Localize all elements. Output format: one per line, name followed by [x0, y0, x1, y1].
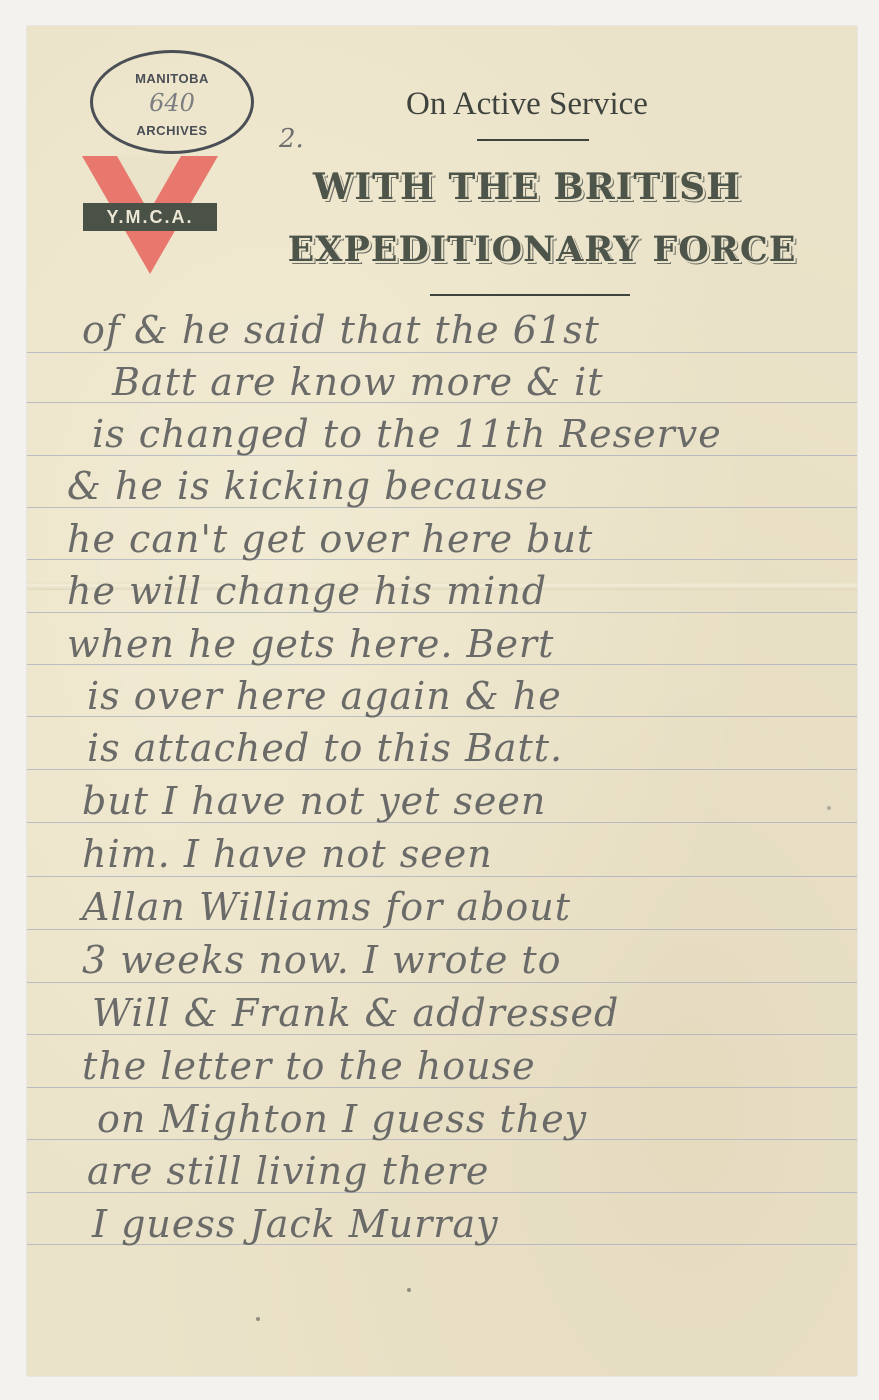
letterhead-divider	[430, 294, 630, 296]
paper-speck	[407, 1288, 411, 1292]
page-number: 2.	[279, 124, 304, 154]
letterhead-title-line1: WITH THE BRITISH	[227, 166, 827, 208]
stamp-number: 640	[93, 89, 251, 117]
paper-speck	[256, 1317, 260, 1321]
handwritten-line: I guess Jack Murray	[92, 1202, 872, 1246]
handwritten-line: on Mighton I guess they	[97, 1097, 877, 1141]
letter-page: MANITOBA 640 ARCHIVES Y.M.C.A. 2. On Act…	[27, 26, 857, 1376]
ruled-line	[27, 876, 857, 877]
handwritten-line: Will & Frank & addressed	[92, 991, 872, 1035]
ruled-line	[27, 929, 857, 930]
stamp-line2: ARCHIVES	[93, 123, 251, 138]
handwritten-line: him. I have not seen	[82, 832, 862, 876]
handwritten-line: is changed to the 11th Reserve	[92, 412, 872, 456]
archives-stamp: MANITOBA 640 ARCHIVES	[90, 50, 254, 154]
handwritten-line: 3 weeks now. I wrote to	[82, 938, 862, 982]
ruled-line	[27, 982, 857, 983]
ymca-logo-label: Y.M.C.A.	[83, 203, 217, 231]
handwritten-line: & he is kicking because	[67, 464, 847, 508]
ruled-line	[27, 352, 857, 353]
handwritten-line: Batt are know more & it	[112, 360, 879, 404]
handwritten-line: Allan Williams for about	[82, 885, 862, 929]
handwritten-line: the letter to the house	[82, 1044, 862, 1088]
letterhead-title-line2: EXPEDITIONARY FORCE	[242, 229, 842, 270]
handwritten-line: of & he said that the 61st	[82, 308, 862, 352]
handwritten-line: is over here again & he	[87, 674, 867, 718]
handwritten-line: he can't get over here but	[67, 517, 847, 561]
paper-speck	[827, 806, 831, 810]
handwritten-line: he will change his mind	[67, 569, 847, 613]
letterhead-subtitle: On Active Service	[327, 86, 727, 123]
handwritten-line: are still living there	[87, 1149, 867, 1193]
letterhead-divider	[477, 139, 589, 141]
handwritten-line: but I have not yet seen	[82, 779, 862, 823]
handwritten-line: is attached to this Batt.	[87, 726, 867, 770]
handwritten-line: when he gets here. Bert	[67, 622, 847, 666]
stamp-line1: MANITOBA	[93, 71, 251, 86]
